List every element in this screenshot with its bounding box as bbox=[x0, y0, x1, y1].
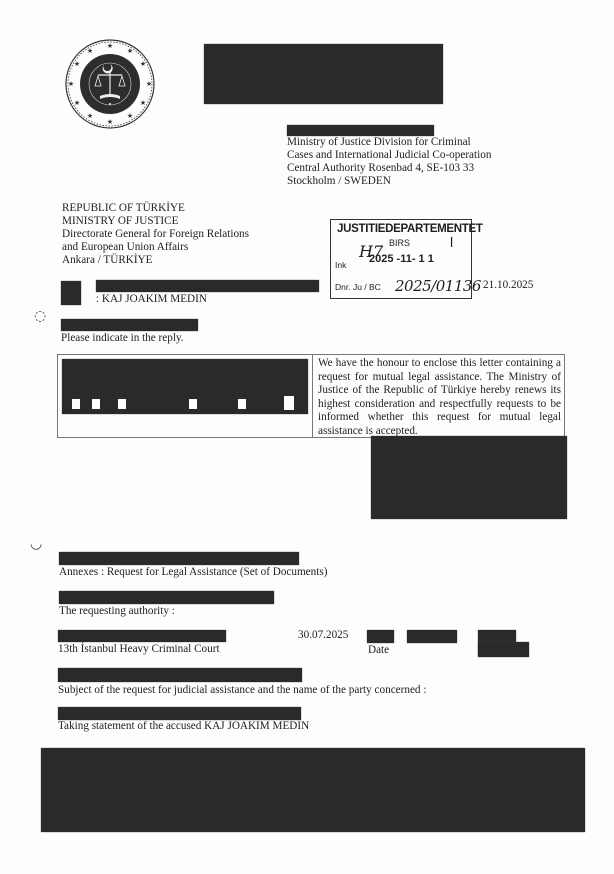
redacted-case-number bbox=[407, 630, 457, 643]
reply-note: Please indicate in the reply. bbox=[61, 332, 184, 345]
sender-address: REPUBLIC OF TÜRKİYE MINISTRY OF JUSTICE … bbox=[62, 202, 249, 267]
intro-box: We have the honour to enclose this lette… bbox=[57, 354, 565, 438]
redacted-file-reference bbox=[61, 319, 198, 331]
svg-text:★: ★ bbox=[74, 99, 80, 107]
court-name: 13th İstanbul Heavy Criminal Court bbox=[58, 643, 220, 656]
redacted-signature-block bbox=[371, 436, 567, 519]
redacted-subject-heading bbox=[58, 707, 301, 720]
stamp-handwritten-dnr: 2025/01136 bbox=[395, 277, 481, 295]
redacted-date-label bbox=[367, 630, 394, 643]
subject-label: Subject of the request for judicial assi… bbox=[58, 684, 426, 697]
svg-text:★: ★ bbox=[74, 60, 80, 68]
redacted-block-header bbox=[204, 44, 443, 104]
intro-paragraph: We have the honour to enclose this lette… bbox=[318, 357, 561, 439]
redacted-body-block bbox=[41, 748, 585, 832]
recipient-line: Ministry of Justice Division for Crimina… bbox=[287, 136, 491, 149]
recipient-line: Cases and International Judicial Co-oper… bbox=[287, 149, 491, 162]
svg-text:★: ★ bbox=[107, 118, 113, 126]
sender-line: Ankara / TÜRKİYE bbox=[62, 254, 249, 267]
court-date: 30.07.2025 bbox=[298, 629, 348, 642]
ministry-of-justice-seal-icon: ★★★ ★★★ ★★★ ★★★ bbox=[64, 38, 156, 130]
redacted-subject-label bbox=[58, 668, 302, 682]
sender-line: and European Union Affairs bbox=[62, 241, 249, 254]
punch-hole-mark: ◡ bbox=[30, 536, 42, 552]
svg-text:★: ★ bbox=[127, 47, 133, 55]
svg-text:★: ★ bbox=[140, 99, 146, 107]
redacted-authority-label bbox=[59, 591, 274, 604]
redacted-court-label bbox=[58, 630, 226, 642]
subject-text: Taking statement of the accused KAJ JOAK… bbox=[58, 720, 309, 733]
stamp-subtitle: BIRS bbox=[389, 238, 410, 248]
redacted-case-id-b bbox=[478, 642, 529, 657]
requesting-authority-label: The requesting authority : bbox=[59, 605, 175, 618]
svg-text:★: ★ bbox=[107, 42, 113, 50]
annexes-text: Annexes : Request for Legal Assistance (… bbox=[59, 566, 327, 579]
received-stamp: JUSTITIEDEPARTEMENTET BIRS H7 l Ink 2025… bbox=[330, 219, 472, 299]
subject-name: : KAJ JOAKIM MEDIN bbox=[96, 293, 207, 306]
recipient-address: Ministry of Justice Division for Crimina… bbox=[287, 136, 491, 188]
sender-line: MINISTRY OF JUSTICE bbox=[62, 215, 249, 228]
date-label: Date bbox=[368, 644, 389, 657]
stamp-dnr-label: Dnr. Ju / BC bbox=[335, 282, 381, 292]
recipient-line: Stockholm / SWEDEN bbox=[287, 175, 491, 188]
sender-line: REPUBLIC OF TÜRKİYE bbox=[62, 202, 249, 215]
svg-text:★: ★ bbox=[127, 112, 133, 120]
stamp-ink-label: Ink bbox=[335, 260, 346, 270]
svg-text:★: ★ bbox=[146, 80, 152, 88]
svg-text:★: ★ bbox=[68, 80, 74, 88]
redacted-reference-number bbox=[96, 280, 319, 292]
svg-text:★: ★ bbox=[87, 47, 93, 55]
svg-text:★: ★ bbox=[87, 112, 93, 120]
document-page: ★★★ ★★★ ★★★ ★★★ Ministry of Justice Divi… bbox=[0, 0, 614, 874]
redacted-reference-box bbox=[61, 281, 81, 305]
stamp-received-date: 2025 -11- 1 1 bbox=[369, 253, 434, 265]
stamp-title: JUSTITIEDEPARTEMENTET bbox=[337, 223, 483, 235]
recipient-line: Central Authority Rosenbad 4, SE-103 33 bbox=[287, 162, 491, 175]
letter-date: 21.10.2025 bbox=[483, 279, 533, 292]
stamp-handwritten-mark: l bbox=[450, 234, 453, 250]
punch-hole-mark: ◌ bbox=[34, 308, 46, 324]
sender-line: Directorate General for Foreign Relation… bbox=[62, 228, 249, 241]
svg-text:★: ★ bbox=[140, 60, 146, 68]
redacted-annexes-label bbox=[59, 552, 299, 565]
redacted-recipient-name bbox=[287, 125, 434, 136]
